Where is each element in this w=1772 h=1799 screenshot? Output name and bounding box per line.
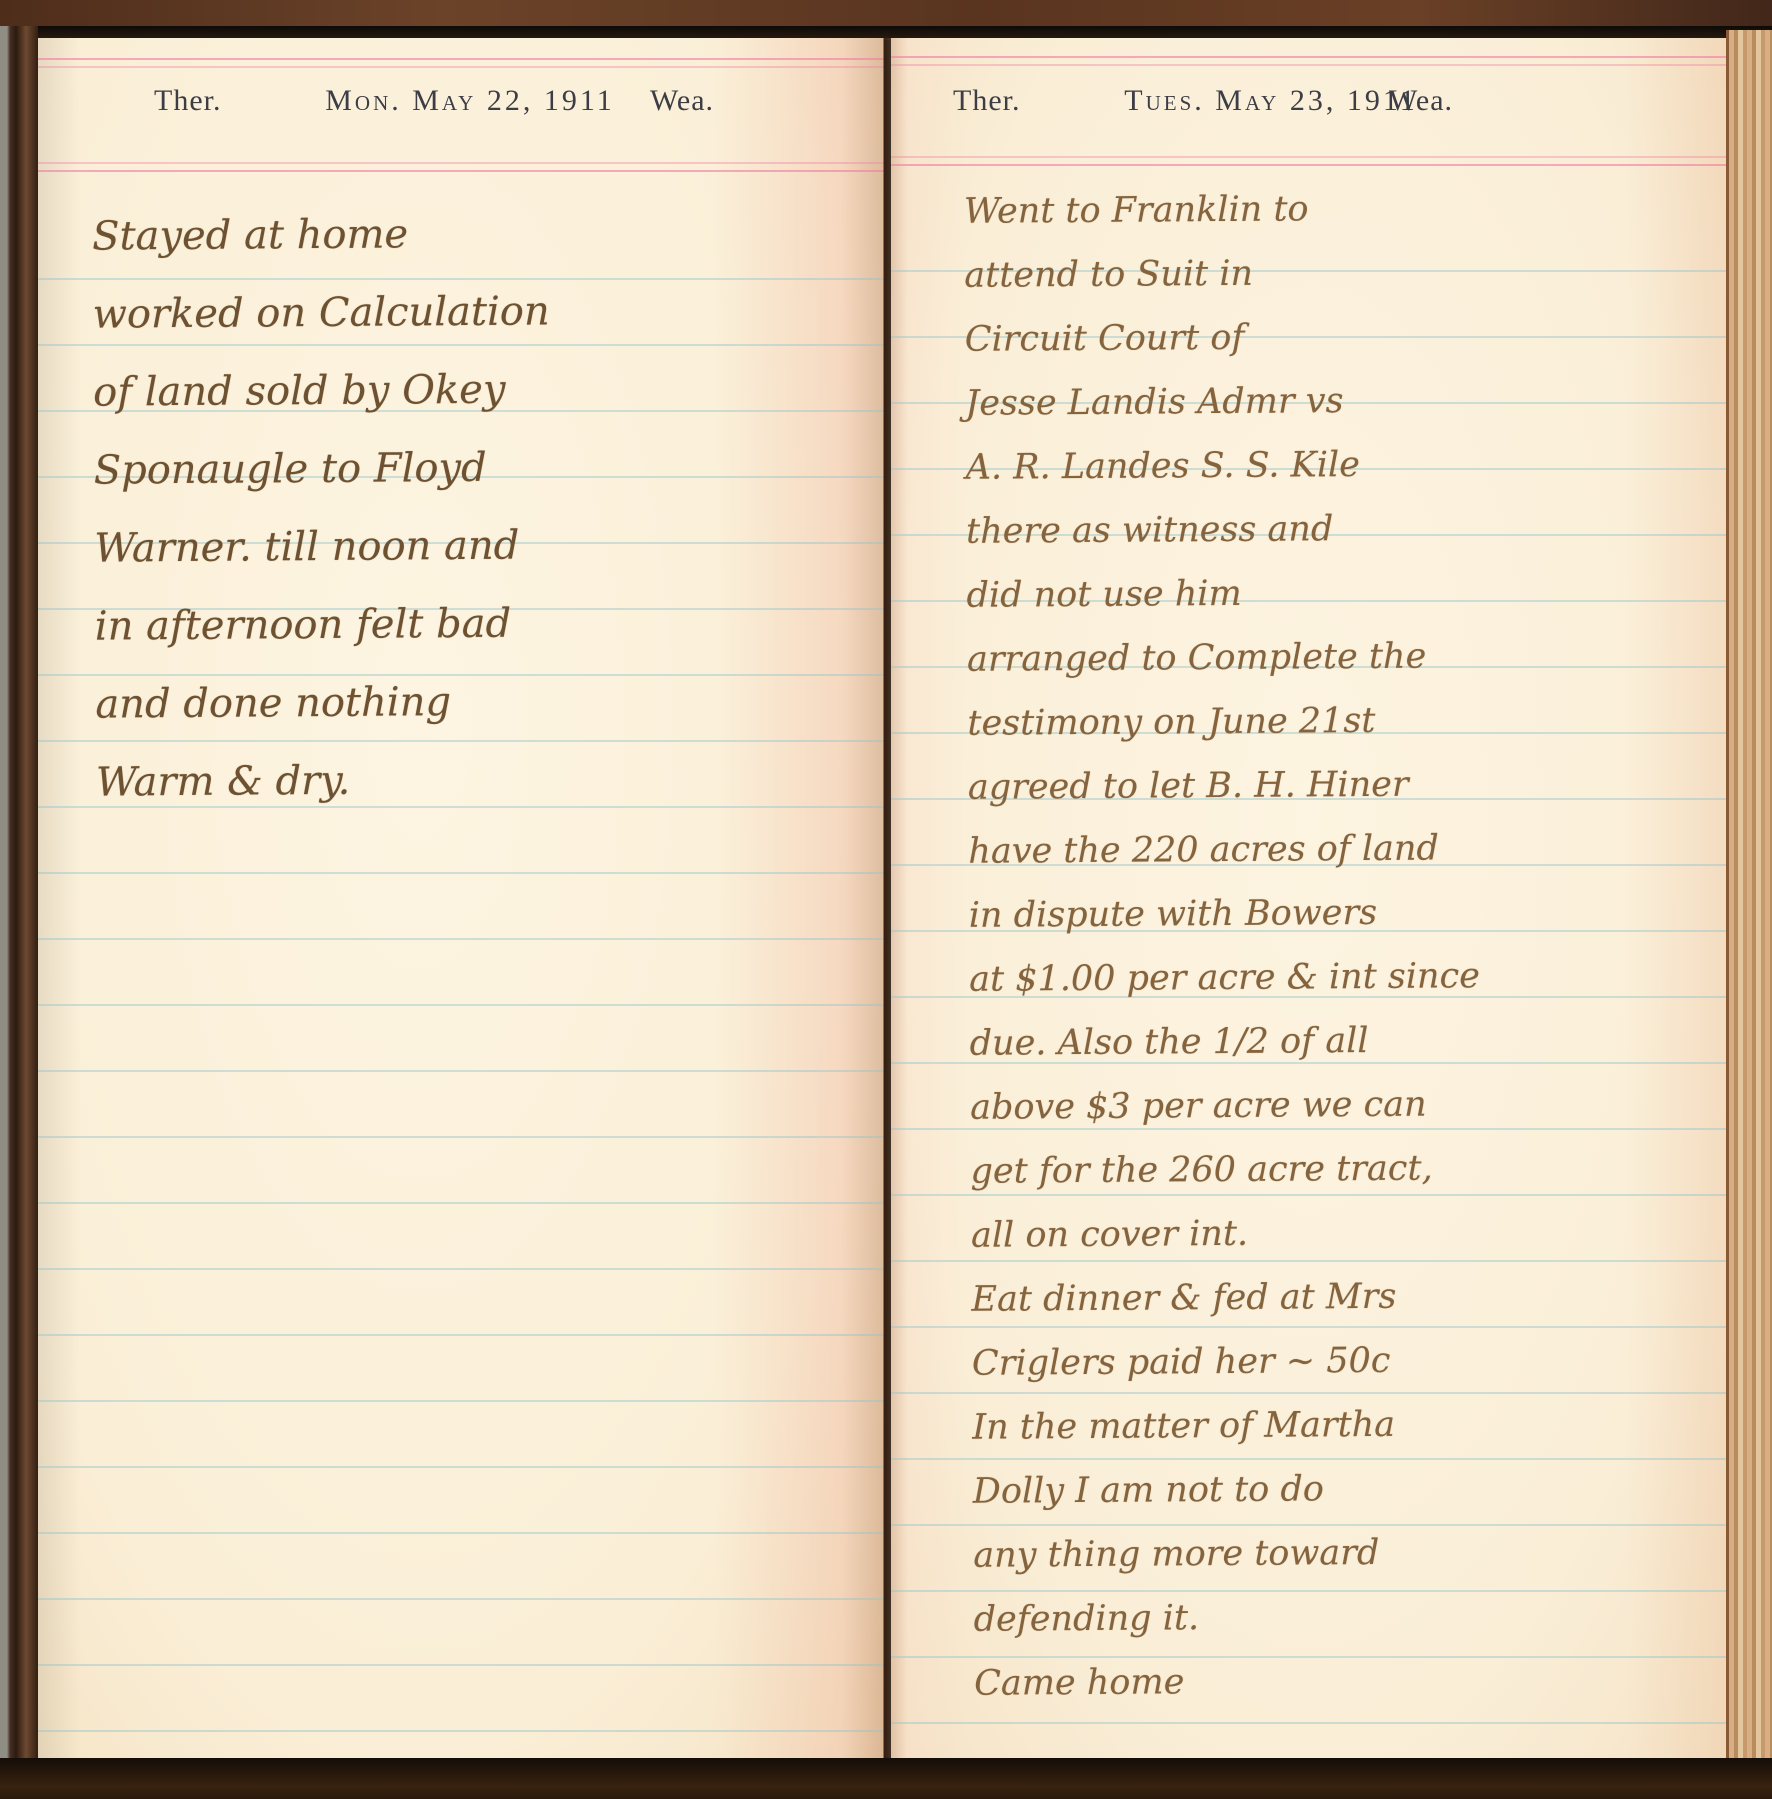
ther-label: Ther.: [154, 84, 221, 118]
book-bottom-edge: [0, 1758, 1772, 1799]
pink-rule: [38, 66, 884, 68]
page-date: Mon. May 22, 1911: [260, 84, 680, 118]
entry-line: testimony on June 21st: [967, 688, 1478, 756]
printed-header-left: Ther. Mon. May 22, 1911 Wea.: [38, 84, 884, 128]
entry-line: any thing more toward: [973, 1520, 1484, 1588]
pink-rule: [38, 162, 884, 164]
entry-line: above $3 per acre we can: [970, 1072, 1481, 1140]
entry-line: get for the 260 acre tract,: [970, 1136, 1481, 1204]
entry-line: Criglers paid her ~ 50c: [972, 1328, 1483, 1396]
entry-line: and done nothing: [95, 662, 553, 743]
ther-label: Ther.: [953, 84, 1020, 118]
entry-line: agreed to let B. H. Hiner: [968, 752, 1479, 820]
entry-line: did not use him: [966, 560, 1477, 628]
entry-line: Jesse Landis Admr vs: [965, 368, 1476, 436]
wea-label: Wea.: [650, 84, 714, 118]
entry-line: of land sold by Okey: [93, 350, 551, 431]
pink-rule: [891, 156, 1726, 158]
handwritten-entry-right: Went to Franklin to attend to Suit in Ci…: [964, 176, 1485, 1716]
entry-line: Warm & dry.: [96, 740, 554, 821]
entry-line: have the 220 acres of land: [968, 816, 1479, 884]
entry-line: in afternoon felt bad: [95, 584, 553, 665]
diary-page-left: Ther. Mon. May 22, 1911 Wea. Stayed at h…: [38, 38, 884, 1758]
pink-rule: [38, 58, 884, 60]
entry-line: In the matter of Martha: [972, 1392, 1483, 1460]
handwritten-entry-left: Stayed at home worked on Calculation of …: [92, 194, 553, 821]
entry-line: A. R. Landes S. S. Kile: [965, 432, 1476, 500]
entry-line: there as witness and: [966, 496, 1477, 564]
entry-line: arranged to Complete the: [967, 624, 1478, 692]
book-binding-left-edge: [0, 26, 38, 1786]
pink-rule: [891, 56, 1726, 58]
entry-line: at $1.00 per acre & int since: [969, 944, 1480, 1012]
entry-line: Sponaugle to Floyd: [93, 428, 551, 509]
entry-line: worked on Calculation: [92, 272, 550, 353]
page-gutter: [883, 38, 891, 1758]
entry-line: all on cover int.: [971, 1200, 1482, 1268]
printed-header-right: Ther. Tues. May 23, 1911 Wea.: [891, 84, 1726, 128]
entry-line: defending it.: [973, 1584, 1484, 1652]
entry-line: Dolly I am not to do: [973, 1456, 1484, 1524]
entry-line: Warner. till noon and: [94, 506, 552, 587]
entry-line: Came home: [974, 1648, 1485, 1716]
entry-line: due. Also the 1/2 of all: [969, 1008, 1480, 1076]
pink-rule: [38, 170, 884, 172]
book-cover-top-edge: [0, 0, 1772, 26]
entry-line: Stayed at home: [92, 194, 550, 275]
diary-page-right: Ther. Tues. May 23, 1911 Wea. Went to Fr…: [891, 38, 1726, 1758]
entry-line: in dispute with Bowers: [969, 880, 1480, 948]
wea-label: Wea.: [1389, 84, 1453, 118]
page-stack-right-edge: [1726, 30, 1772, 1758]
diary-photo: Ther. Mon. May 22, 1911 Wea. Stayed at h…: [0, 0, 1772, 1799]
entry-line: Went to Franklin to: [964, 176, 1475, 244]
entry-line: Eat dinner & fed at Mrs: [971, 1264, 1482, 1332]
entry-line: attend to Suit in: [964, 240, 1475, 308]
entry-line: Circuit Court of: [965, 304, 1476, 372]
pink-rule: [891, 64, 1726, 66]
pink-rule: [891, 164, 1726, 166]
